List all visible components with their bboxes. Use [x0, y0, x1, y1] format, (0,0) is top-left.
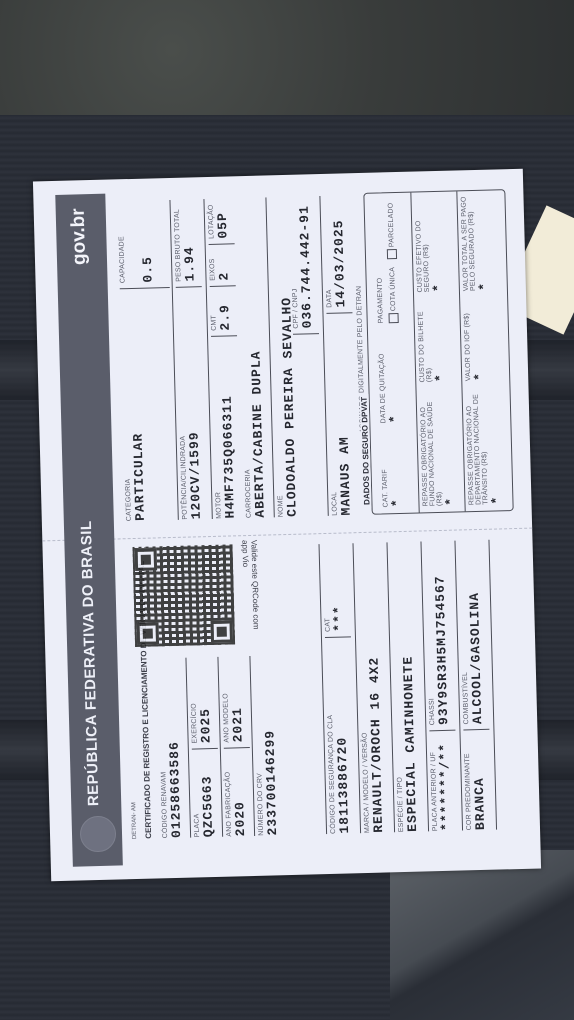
field-cpf: CPF / CNPJ 036.744.442-91	[290, 205, 315, 329]
background-upholstery	[0, 0, 574, 125]
banner-title: REPÚBLICA FEDERATIVA DO BRASIL	[78, 520, 102, 806]
vehicle-registration-document: REPÚBLICA FEDERATIVA DO BRASIL gov.br DE…	[33, 169, 541, 882]
field-cmt: CMT 2.9	[210, 304, 233, 331]
dpvat-data-quitacao: DATA DE QUITAÇÃO *	[379, 353, 403, 424]
dpvat-cat-tarif: CAT. TARIF *	[382, 469, 405, 508]
field-cat: CAT ***	[324, 605, 347, 632]
field-combustivel: COMBUSTÍVEL ALCOOL/GASOLINA	[460, 592, 485, 725]
field-carroceria: CARROCERIA ABERTA/CABINE DUPLA	[241, 350, 267, 518]
qr-finder-icon	[135, 548, 158, 571]
field-categoria: CATEGORIA PARTICULAR	[124, 433, 148, 522]
field-exercicio: EXERCÍCIO 2025	[191, 703, 214, 744]
dpvat-valor-total: VALOR TOTAL A SER PAGO PELO SEGURADO (R$…	[460, 196, 491, 292]
field-peso-bruto: PESO BRUTO TOTAL 1.94	[174, 209, 198, 282]
issuer-label: DETRAN- AM	[131, 802, 138, 839]
background-leather-panel	[390, 850, 574, 1020]
document-banner: REPÚBLICA FEDERATIVA DO BRASIL gov.br	[55, 194, 123, 867]
dpvat-title: DADOS DO SEGURO DPVAT	[360, 394, 372, 508]
validation-qr-code[interactable]	[133, 544, 236, 647]
field-ano-fabricacao: ANO FABRICAÇÃO 2020	[224, 771, 248, 837]
field-renavam: CÓDIGO RENAVAM 01258663586	[160, 741, 185, 838]
qr-caption: Valide este QRCode com app Vio	[240, 540, 261, 640]
dpvat-valor-iof: VALOR DO IOF (R$) *	[463, 301, 487, 382]
field-local: LOCAL MANAUS AM	[330, 436, 354, 516]
govbr-logo: gov.br	[68, 208, 91, 265]
brasil-seal-icon	[80, 816, 117, 853]
field-potencia: POTÊNCIA/CILINDRADA 120CV/1599	[180, 431, 204, 520]
field-especie-tipo: ESPÉCIE / TIPO ESPECIAL CAMINHONETE	[393, 656, 420, 833]
dpvat-repasse-saude: REPASSE OBRIGATÓRIO AO FUNDO NACIONAL DE…	[420, 396, 459, 507]
field-motor: MOTOR H4MF735Q066311	[213, 395, 238, 519]
field-marca-modelo: MARCA / MODELO / VERSÃO RENAULT/OROCH 16…	[359, 657, 386, 834]
dpvat-section: DADOS DO SEGURO DPVAT CAT. TARIF * DATA …	[363, 189, 513, 515]
field-eixos: EIXOS 2	[209, 258, 232, 281]
qr-finder-icon	[137, 622, 160, 645]
dpvat-pagamento: PAGAMENTO COTA ÚNICA PARCELADO	[375, 203, 399, 324]
dpvat-custo-bilhete: CUSTO DO BILHETE (R$) *	[417, 302, 448, 383]
field-codigo-seguranca: CÓDIGO DE SEGURANÇA DO CLA 18113886720	[327, 714, 352, 834]
field-numero-crv: NÚMERO DO CRV 233700146299	[255, 730, 280, 836]
field-placa: PLACA QZC5G63	[193, 775, 217, 837]
field-nome: NOME CLODOALDO PEREIRA SEVALHO	[272, 297, 300, 518]
field-data: DATA 14/03/2025	[324, 219, 348, 308]
field-cor: COR PREDOMINANTE BRANCA	[464, 753, 488, 831]
parcelado-checkbox[interactable]	[387, 249, 397, 259]
field-lotacao: LOTAÇÃO 05P	[208, 204, 231, 239]
field-ano-modelo: ANO MODELO 2021	[222, 693, 245, 743]
dpvat-custo-efetivo: CUSTO EFETIVO DO SEGURO (R$) *	[415, 202, 446, 293]
qr-finder-icon	[210, 620, 233, 643]
cota-unica-checkbox[interactable]	[388, 313, 398, 323]
field-capacidade: CAPACIDADE 0.5	[118, 235, 155, 283]
paper-fold-line	[42, 528, 532, 542]
field-placa-anterior: PLACA ANTERIOR / UF *******/**	[430, 743, 454, 832]
dpvat-repasse-transito: REPASSE OBRIGATÓRIO AO DEPARTAMENTO NACI…	[465, 384, 504, 505]
field-chassi: CHASSI 93Y9SR3H5MJ754567	[425, 575, 451, 725]
